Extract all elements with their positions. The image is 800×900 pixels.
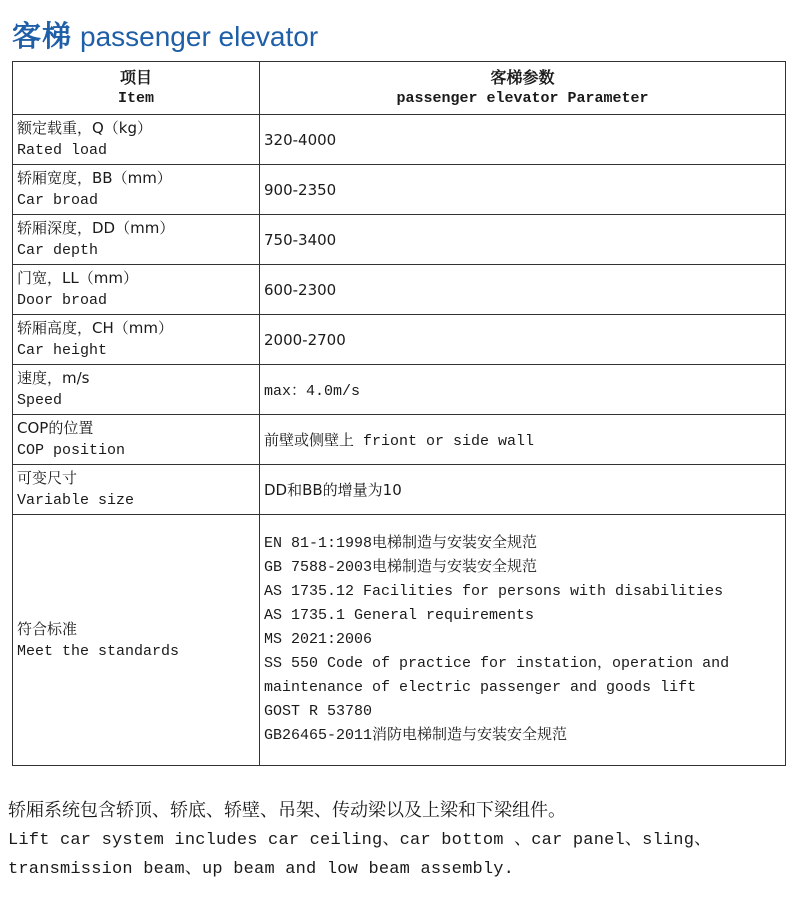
row-value: 600-2300: [260, 265, 786, 315]
row-label: 轿厢宽度，BB（mm）Car broad: [13, 165, 260, 215]
table-header-row: 项目 Item 客梯参数 passenger elevator Paramete…: [13, 62, 786, 115]
header-item: 项目 Item: [13, 62, 260, 115]
standard-item: maintenance of electric passenger and go…: [264, 676, 781, 700]
standard-item: GB26465-2011消防电梯制造与安装安全规范: [264, 724, 781, 748]
row-value: 320-4000: [260, 115, 786, 165]
header-parameter: 客梯参数 passenger elevator Parameter: [260, 62, 786, 115]
row-value: 750-3400: [260, 215, 786, 265]
row-label: 轿厢深度，DD（mm）Car depth: [13, 215, 260, 265]
standard-item: GOST R 53780: [264, 700, 781, 724]
row-label: 轿厢高度，CH（mm）Car height: [13, 315, 260, 365]
page-title: 客梯 passenger elevator: [12, 14, 318, 54]
standard-item: EN 81-1:1998电梯制造与安装安全规范: [264, 532, 781, 556]
standard-item: AS 1735.1 General requirements: [264, 604, 781, 628]
row-label: 符合标准Meet the standards: [13, 515, 260, 766]
table-row-speed: 速度，m/sSpeed max：4.0m/s: [13, 365, 786, 415]
row-value: 900-2350: [260, 165, 786, 215]
table-row-standards: 符合标准Meet the standards EN 81-1:1998电梯制造与…: [13, 515, 786, 766]
standard-item: MS 2021:2006: [264, 628, 781, 652]
row-label: 可变尺寸Variable size: [13, 465, 260, 515]
standard-item: SS 550 Code of practice for instation，op…: [264, 652, 781, 676]
row-label: COP的位置COP position: [13, 415, 260, 465]
table-row-car-height: 轿厢高度，CH（mm）Car height 2000-2700: [13, 315, 786, 365]
standards-list: EN 81-1:1998电梯制造与安装安全规范 GB 7588-2003电梯制造…: [260, 515, 786, 766]
table-row-car-broad: 轿厢宽度，BB（mm）Car broad 900-2350: [13, 165, 786, 215]
row-value: 2000-2700: [260, 315, 786, 365]
table-row-car-depth: 轿厢深度，DD（mm）Car depth 750-3400: [13, 215, 786, 265]
title-zh: 客梯: [12, 14, 72, 55]
row-value: DD和BB的增量为10: [260, 465, 786, 515]
spec-table: 项目 Item 客梯参数 passenger elevator Paramete…: [12, 61, 786, 766]
footer-zh: 轿厢系统包含轿顶、轿底、轿壁、吊架、传动梁以及上梁和下梁组件。: [8, 796, 798, 826]
row-value: 前壁或侧壁上 friont or side wall: [260, 415, 786, 465]
row-label: 速度，m/sSpeed: [13, 365, 260, 415]
table-row-variable-size: 可变尺寸Variable size DD和BB的增量为10: [13, 465, 786, 515]
title-en: passenger elevator: [80, 21, 318, 53]
row-value: max：4.0m/s: [260, 365, 786, 415]
row-label: 门宽，LL（mm）Door broad: [13, 265, 260, 315]
footer-en-line2: transmission beam、up beam and low beam a…: [8, 855, 798, 884]
table-row-cop-position: COP的位置COP position 前壁或侧壁上 friont or side…: [13, 415, 786, 465]
row-label: 额定载重，Q（kg）Rated load: [13, 115, 260, 165]
footer-en-line1: Lift car system includes car ceiling、car…: [8, 826, 798, 855]
footer-description: 轿厢系统包含轿顶、轿底、轿壁、吊架、传动梁以及上梁和下梁组件。 Lift car…: [8, 796, 798, 884]
standard-item: AS 1735.12 Facilities for persons with d…: [264, 580, 781, 604]
table-row-rated-load: 额定载重，Q（kg）Rated load 320-4000: [13, 115, 786, 165]
table-row-door-broad: 门宽，LL（mm）Door broad 600-2300: [13, 265, 786, 315]
standard-item: GB 7588-2003电梯制造与安装安全规范: [264, 556, 781, 580]
